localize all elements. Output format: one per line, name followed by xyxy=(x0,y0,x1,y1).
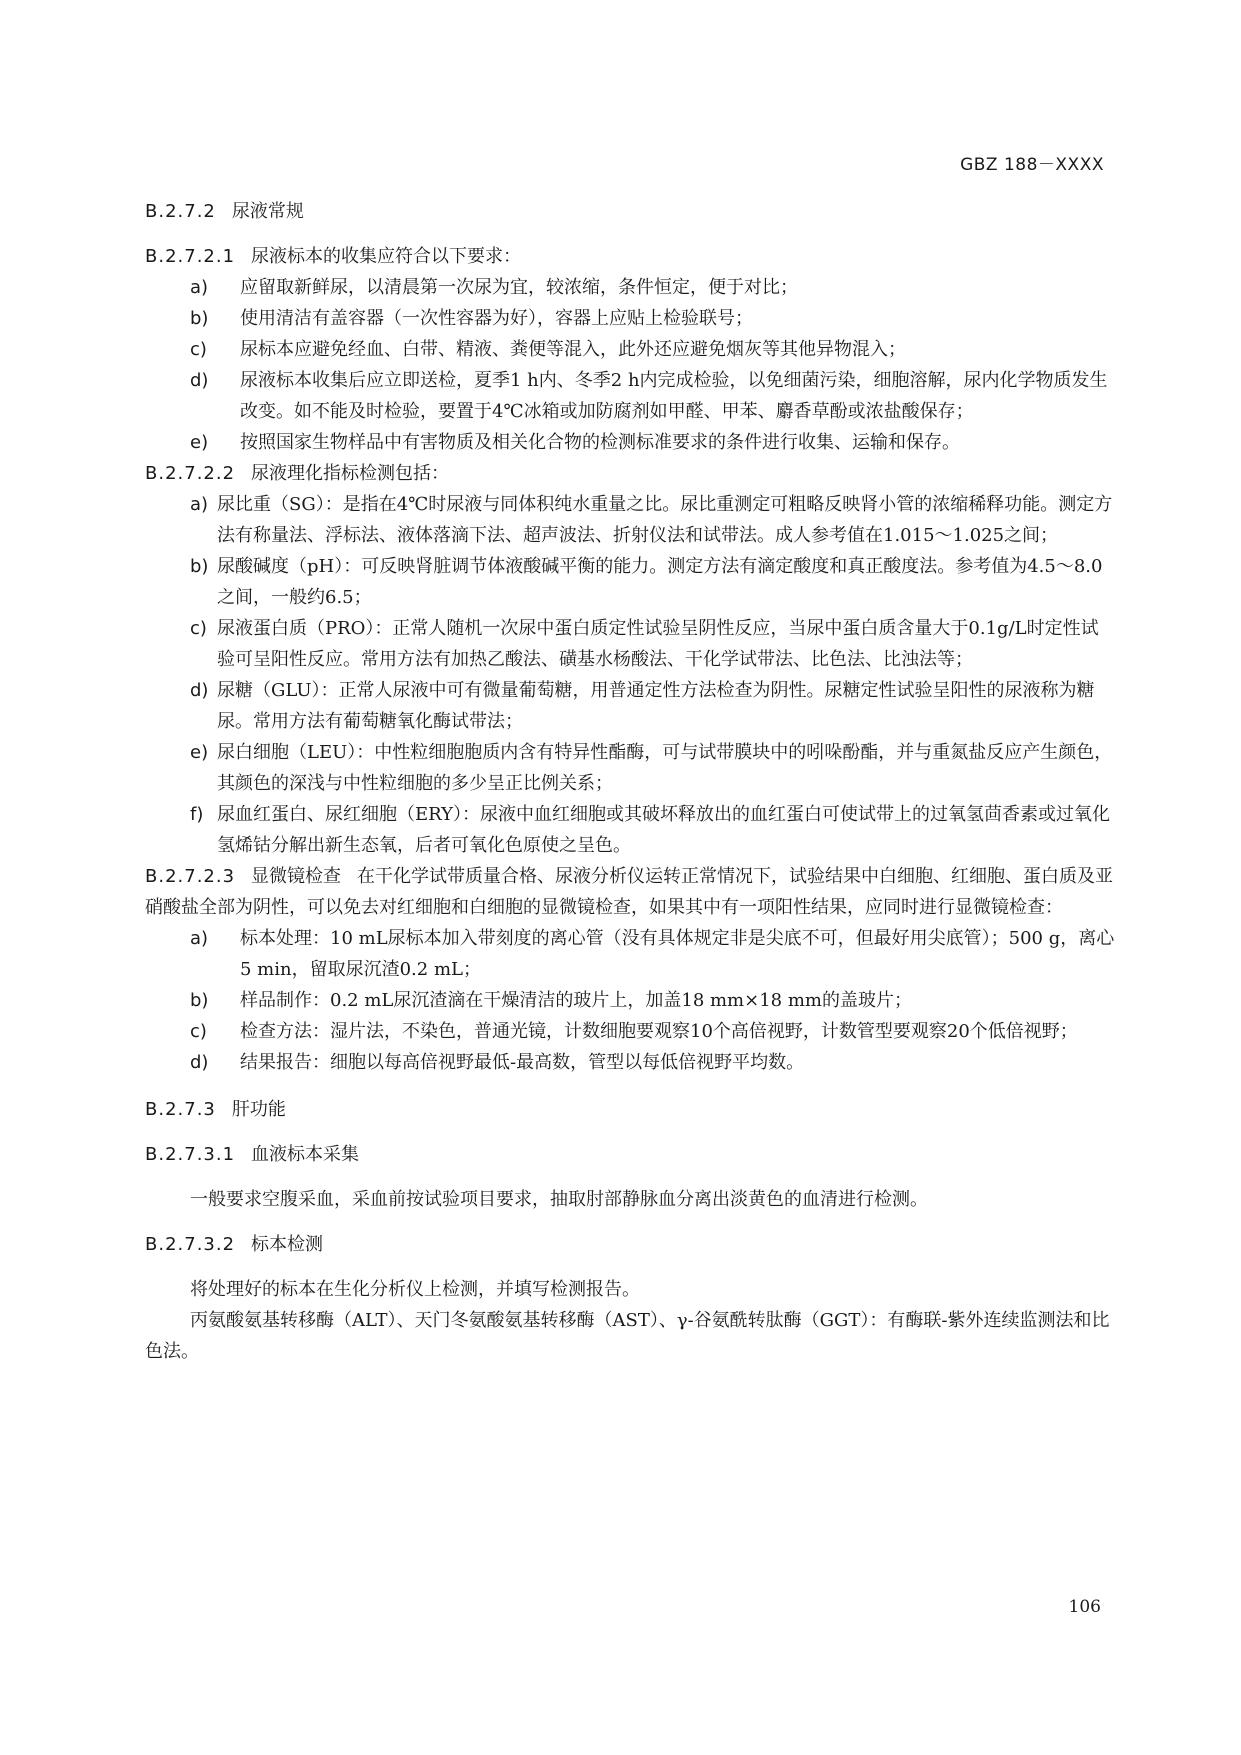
list-marker: a) xyxy=(190,272,208,303)
clause-title: 显微镜检查 xyxy=(251,866,341,887)
list-text: 应留取新鲜尿，以清晨第一次尿为宜，较浓缩，条件恒定，便于对比； xyxy=(240,277,798,298)
list-text: 样品制作：0.2 mL尿沉渣滴在干燥清洁的玻片上，加盖18 mm×18 mm的盖… xyxy=(240,990,912,1011)
list-marker: b) xyxy=(190,303,208,334)
document-code: GBZ 188－XXXX xyxy=(960,150,1104,175)
list-item: b)使用清洁有盖容器（一次性容器为好），容器上应贴上检验联号； xyxy=(190,303,1115,334)
clause-title: 尿液标本的收集应符合以下要求： xyxy=(251,246,521,267)
clause-number: B.2.7.2.2 xyxy=(145,463,235,484)
list-text: 尿血红蛋白、尿红细胞（ERY）：尿液中血红细胞或其破坏释放出的血红蛋白可使试带上… xyxy=(217,804,1110,856)
clause-b2722: B.2.7.2.2尿液理化指标检测包括： xyxy=(145,458,1115,489)
list-marker: b) xyxy=(190,551,208,582)
list-text: 标本处理：10 mL尿标本加入带刻度的离心管（没有具体规定非是尖底不可，但最好用… xyxy=(240,928,1114,980)
list-text: 检查方法：湿片法，不染色，普通光镜，计数细胞要观察10个高倍视野，计数管型要观察… xyxy=(240,1021,1078,1042)
list-text: 尿液标本收集后应立即送检，夏季1 h内、冬季2 h内完成检验，以免细菌污染，细胞… xyxy=(240,370,1108,422)
section-number: B.2.7.3.1 xyxy=(145,1144,235,1165)
list-marker: d) xyxy=(190,1047,208,1078)
section-title: 标本检测 xyxy=(251,1234,323,1255)
list-marker: c) xyxy=(190,1016,207,1047)
section-title: 肝功能 xyxy=(232,1099,286,1120)
section-number: B.2.7.2 xyxy=(145,201,216,222)
list-marker: d) xyxy=(190,365,208,396)
list-item: b)样品制作：0.2 mL尿沉渣滴在干燥清洁的玻片上，加盖18 mm×18 mm… xyxy=(190,985,1115,1016)
list-text: 使用清洁有盖容器（一次性容器为好），容器上应贴上检验联号； xyxy=(240,308,753,329)
list-text: 尿标本应避免经血、白带、精液、粪便等混入，此外还应避免烟灰等其他异物混入； xyxy=(240,339,906,360)
list-marker: a) xyxy=(190,489,208,520)
clause-b2723: B.2.7.2.3显微镜检查在干化学试带质量合格、尿液分析仪运转正常情况下，试验… xyxy=(145,861,1115,923)
list-item: b)尿酸碱度（pH）：可反映肾脏调节体液酸碱平衡的能力。测定方法有滴定酸度和真正… xyxy=(190,551,1115,613)
list-text: 尿比重（SG）：是指在4℃时尿液与同体积纯水重量之比。尿比重测定可粗略反映肾小管… xyxy=(217,494,1112,546)
section-heading-b2731: B.2.7.3.1血液标本采集 xyxy=(145,1139,1115,1170)
list-item: d)尿液标本收集后应立即送检，夏季1 h内、冬季2 h内完成检验，以免细菌污染，… xyxy=(190,365,1115,427)
clause-title: 尿液理化指标检测包括： xyxy=(251,463,449,484)
list-text: 尿糖（GLU）：正常人尿液中可有微量葡萄糖，用普通定性方法检查为阴性。尿糖定性试… xyxy=(217,680,1095,732)
list-item: a)标本处理：10 mL尿标本加入带刻度的离心管（没有具体规定非是尖底不可，但最… xyxy=(190,923,1115,985)
list-marker: c) xyxy=(190,334,207,365)
clause-number: B.2.7.2.3 xyxy=(145,866,235,887)
list-item: c)尿液蛋白质（PRO）：正常人随机一次尿中蛋白质定性试验呈阴性反应，当尿中蛋白… xyxy=(190,613,1115,675)
paragraph: 将处理好的标本在生化分析仪上检测，并填写检测报告。 xyxy=(145,1274,1115,1305)
page-number: 106 xyxy=(1069,1597,1101,1617)
section-title: 尿液常规 xyxy=(232,201,304,222)
list-item: d)结果报告：细胞以每高倍视野最低-最高数，管型以每低倍视野平均数。 xyxy=(190,1047,1115,1078)
section-heading-b273: B.2.7.3肝功能 xyxy=(145,1094,1115,1125)
list-item: a)尿比重（SG）：是指在4℃时尿液与同体积纯水重量之比。尿比重测定可粗略反映肾… xyxy=(190,489,1115,551)
list-text: 尿白细胞（LEU）：中性粒细胞胞质内含有特异性酯酶，可与试带膜块中的吲哚酚酯，并… xyxy=(217,742,1112,794)
list-item: d)尿糖（GLU）：正常人尿液中可有微量葡萄糖，用普通定性方法检查为阴性。尿糖定… xyxy=(190,675,1115,737)
list-item: a)应留取新鲜尿，以清晨第一次尿为宜，较浓缩，条件恒定，便于对比； xyxy=(190,272,1115,303)
section-heading-b2732: B.2.7.3.2标本检测 xyxy=(145,1229,1115,1260)
list-item: f)尿血红蛋白、尿红细胞（ERY）：尿液中血红细胞或其破坏释放出的血红蛋白可使试… xyxy=(190,799,1115,861)
list-marker: e) xyxy=(190,737,208,768)
list-marker: e) xyxy=(190,427,208,458)
list-item: c)尿标本应避免经血、白带、精液、粪便等混入，此外还应避免烟灰等其他异物混入； xyxy=(190,334,1115,365)
list-text: 结果报告：细胞以每高倍视野最低-最高数，管型以每低倍视野平均数。 xyxy=(240,1052,804,1073)
list-item: e)按照国家生物样品中有害物质及相关化合物的检测标准要求的条件进行收集、运输和保… xyxy=(190,427,1115,458)
list-text: 尿液蛋白质（PRO）：正常人随机一次尿中蛋白质定性试验呈阴性反应，当尿中蛋白质含… xyxy=(217,618,1099,670)
clause-number: B.2.7.2.1 xyxy=(145,246,235,267)
paragraph: 丙氨酸氨基转移酶（ALT）、天门冬氨酸氨基转移酶（AST）、γ-谷氨酰转肽酶（G… xyxy=(145,1305,1115,1367)
section-heading-b272: B.2.7.2尿液常规 xyxy=(145,196,1115,227)
list-text: 按照国家生物样品中有害物质及相关化合物的检测标准要求的条件进行收集、运输和保存。 xyxy=(240,432,960,453)
list-marker: c) xyxy=(190,613,207,644)
list-marker: f) xyxy=(190,799,203,830)
list-item: c)检查方法：湿片法，不染色，普通光镜，计数细胞要观察10个高倍视野，计数管型要… xyxy=(190,1016,1115,1047)
list-marker: a) xyxy=(190,923,208,954)
list-text: 尿酸碱度（pH）：可反映肾脏调节体液酸碱平衡的能力。测定方法有滴定酸度和真正酸度… xyxy=(217,556,1102,608)
section-number: B.2.7.3.2 xyxy=(145,1234,235,1255)
clause-b2721: B.2.7.2.1尿液标本的收集应符合以下要求： xyxy=(145,241,1115,272)
list-marker: d) xyxy=(190,675,208,706)
paragraph: 一般要求空腹采血，采血前按试验项目要求，抽取肘部静脉血分离出淡黄色的血清进行检测… xyxy=(145,1184,1115,1215)
document-body: B.2.7.2尿液常规 B.2.7.2.1尿液标本的收集应符合以下要求： a)应… xyxy=(145,196,1115,1367)
list-item: e)尿白细胞（LEU）：中性粒细胞胞质内含有特异性酯酶，可与试带膜块中的吲哚酚酯… xyxy=(190,737,1115,799)
section-title: 血液标本采集 xyxy=(251,1144,359,1165)
list-marker: b) xyxy=(190,985,208,1016)
section-number: B.2.7.3 xyxy=(145,1099,216,1120)
